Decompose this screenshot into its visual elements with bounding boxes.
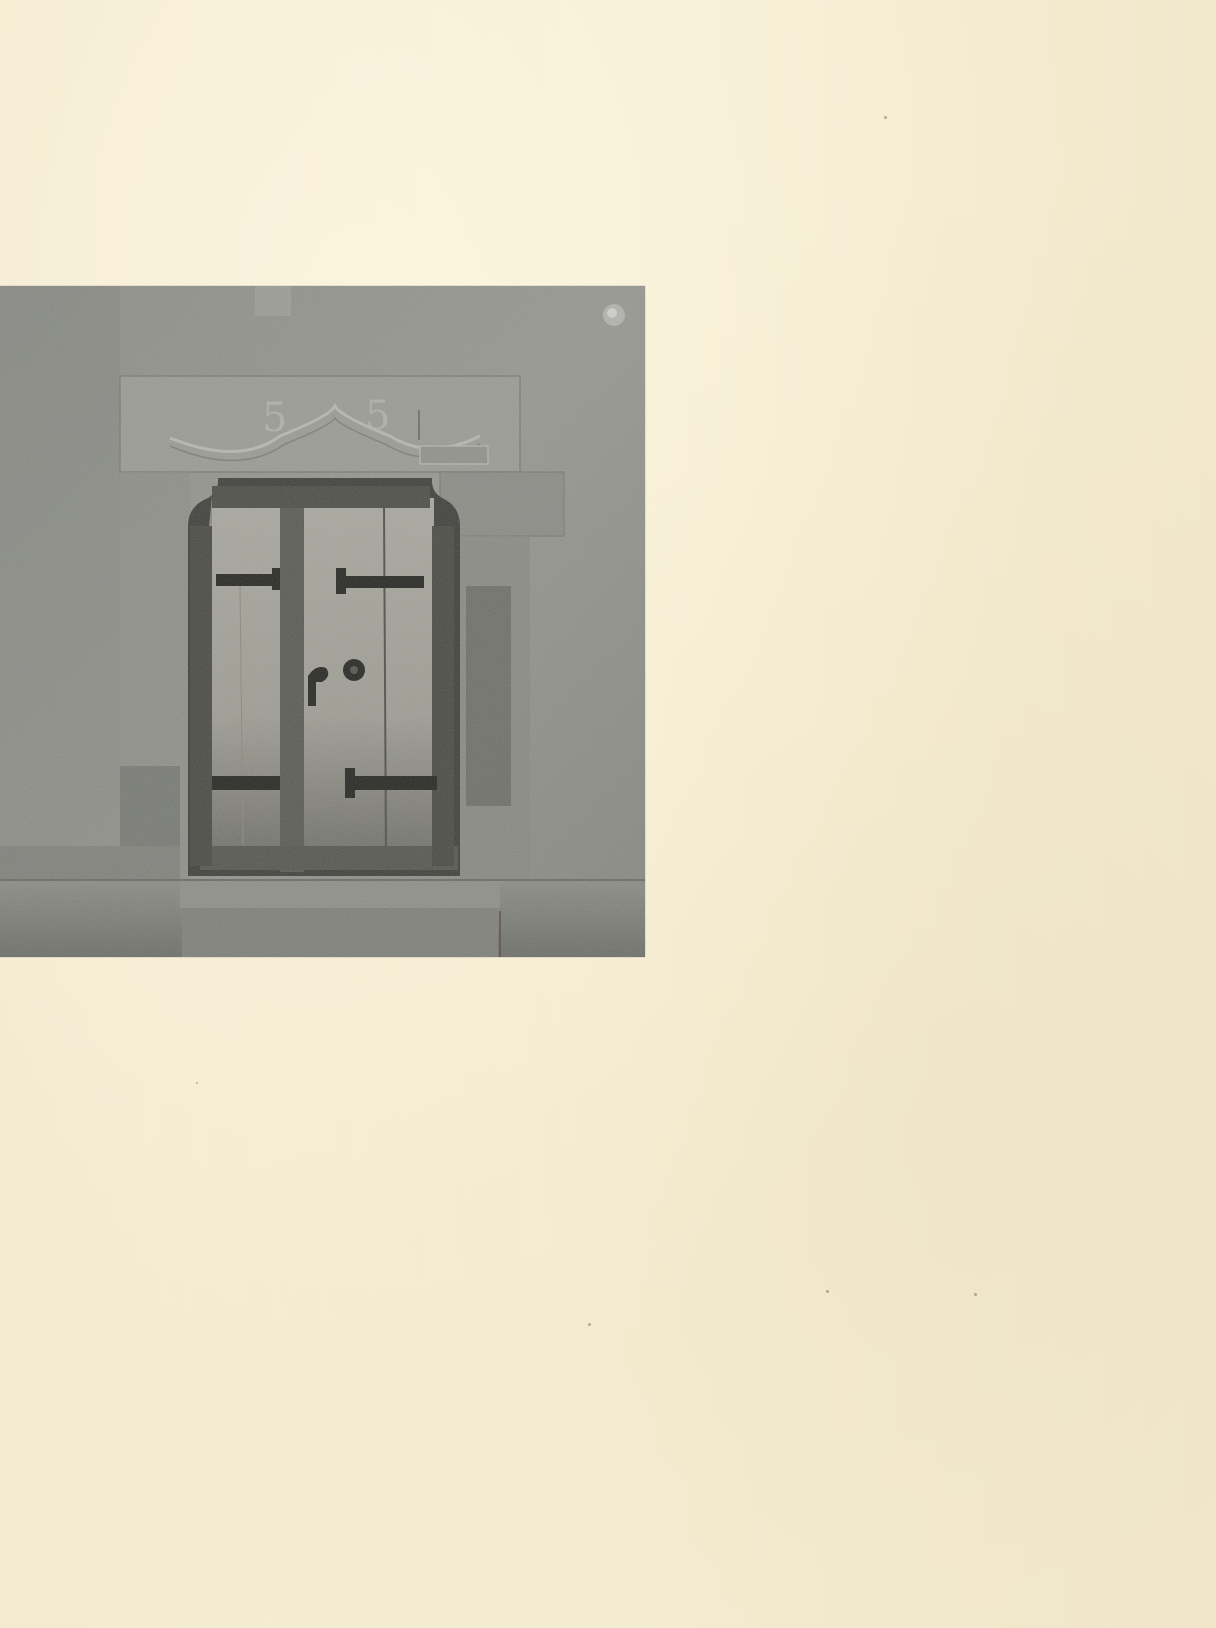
mounted-photograph: 5 5: [0, 286, 645, 957]
paper-speck: [884, 116, 887, 119]
door-photo-illustration: 5 5: [0, 286, 645, 957]
paper-speck: [826, 1290, 829, 1293]
archival-page: 5 5: [0, 0, 1216, 1628]
paper-speck: [588, 1323, 591, 1326]
paper-speck: [974, 1293, 977, 1296]
paper-speck: [196, 1082, 198, 1084]
